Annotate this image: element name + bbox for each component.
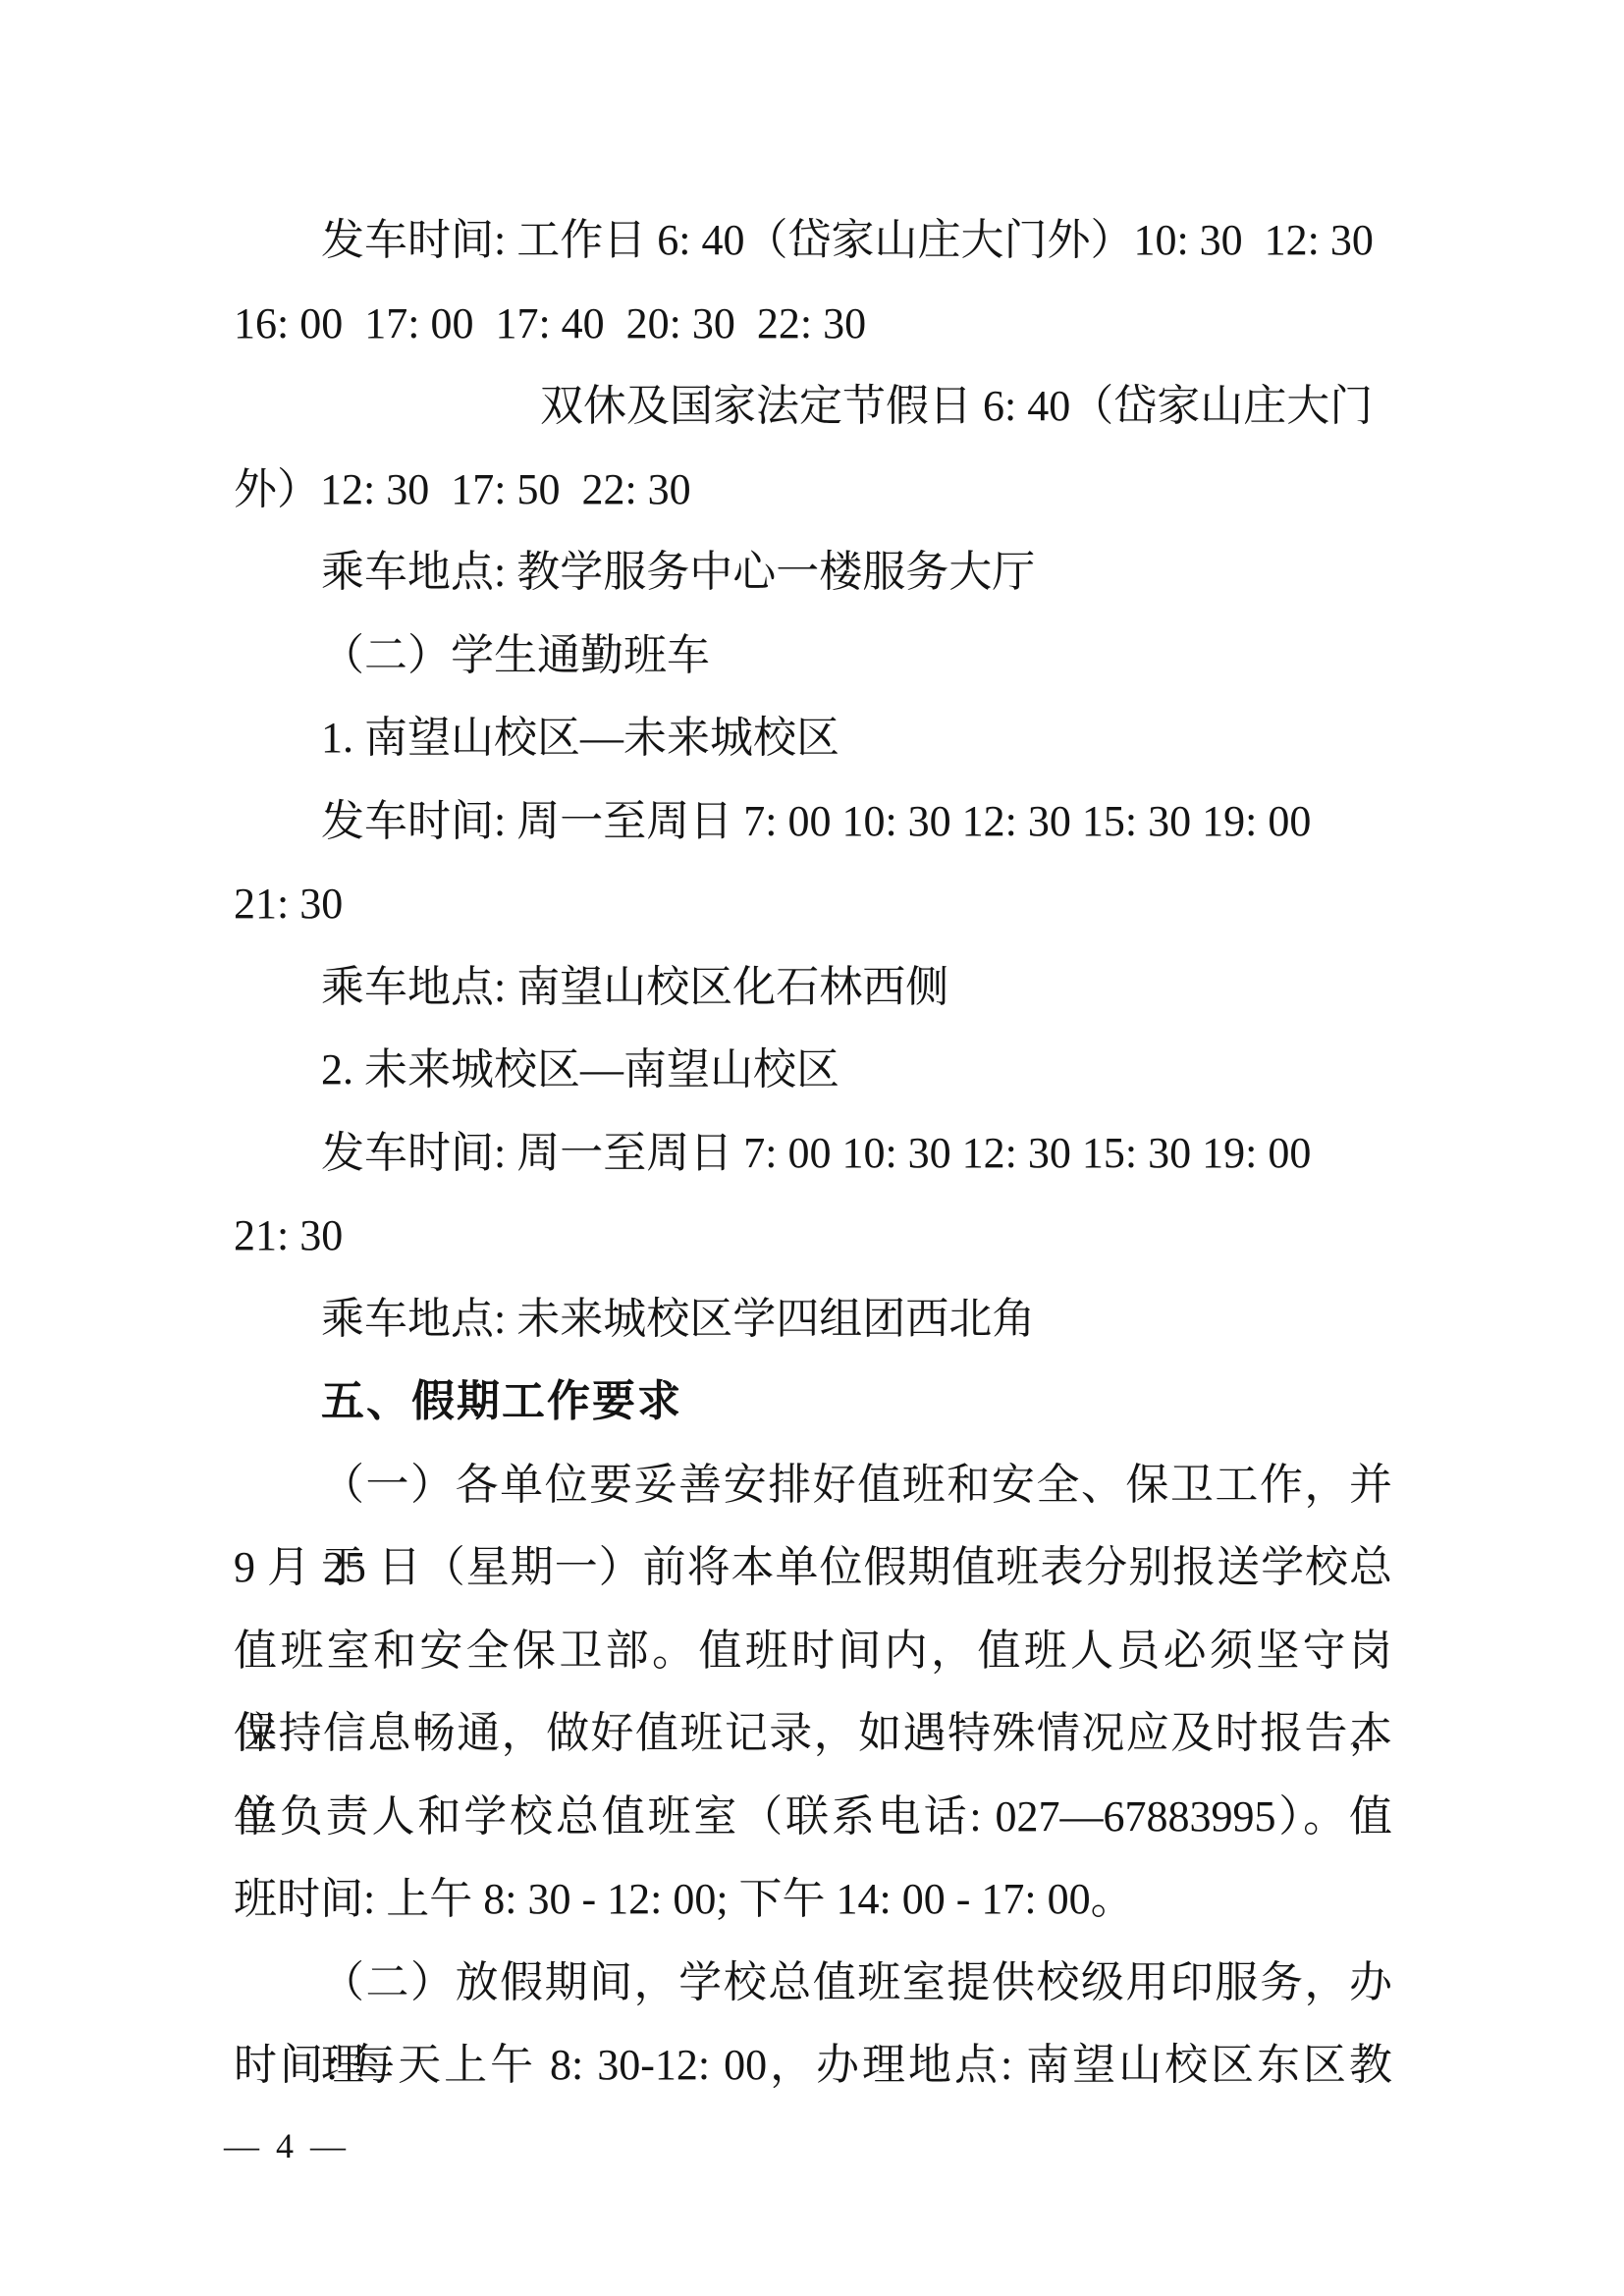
document-line: （一）各单位要妥善安排好值班和安全、保卫工作，并于: [234, 1444, 1392, 1527]
document-line: 2. 未来城校区—南望山校区: [234, 1029, 1392, 1112]
document-line: 发车时间: 工作日 6: 40（岱家山庄大门外）10: 30 12: 30: [234, 199, 1392, 283]
document-line: 乘车地点: 教学服务中心一楼服务大厅: [234, 531, 1392, 614]
document-line: 保持信息畅通，做好值班记录，如遇特殊情况应及时报告本单: [234, 1692, 1392, 1776]
document-line: （二）学生通勤班车: [234, 614, 1392, 698]
document-line: 21: 30: [234, 1195, 1392, 1278]
document-body: 发车时间: 工作日 6: 40（岱家山庄大门外）10: 30 12: 3016:…: [234, 199, 1392, 2108]
document-line: 1. 南望山校区—未来城校区: [234, 697, 1392, 780]
document-line: 值班室和安全保卫部。值班时间内，值班人员必须坚守岗位，: [234, 1610, 1392, 1693]
document-line: 位负责人和学校总值班室（联系电话: 027—67883995）。值: [234, 1776, 1392, 1859]
document-line: 时间: 每天上午 8: 30-12: 00，办理地点: 南望山校区东区教: [234, 2024, 1392, 2108]
document-line: 班时间: 上午 8: 30 - 12: 00; 下午 14: 00 - 17: …: [234, 1858, 1392, 1942]
document-line: 发车时间: 周一至周日 7: 00 10: 30 12: 30 15: 30 1…: [234, 1112, 1392, 1196]
document-line: 9 月 25 日（星期一）前将本单位假期值班表分别报送学校总: [234, 1526, 1392, 1610]
document-page: 发车时间: 工作日 6: 40（岱家山庄大门外）10: 30 12: 3016:…: [0, 0, 1624, 2296]
document-line: 双休及国家法定节假日 6: 40（岱家山庄大门: [234, 365, 1392, 449]
page-number: — 4 —: [224, 2116, 350, 2175]
document-line: 21: 30: [234, 863, 1392, 946]
section-heading: 五、假期工作要求: [234, 1361, 1392, 1444]
document-line: 乘车地点: 未来城校区学四组团西北角: [234, 1278, 1392, 1362]
document-line: 乘车地点: 南望山校区化石林西侧: [234, 946, 1392, 1030]
document-line: （二）放假期间，学校总值班室提供校级用印服务，办理: [234, 1942, 1392, 2025]
document-line: 发车时间: 周一至周日 7: 00 10: 30 12: 30 15: 30 1…: [234, 780, 1392, 864]
document-line: 外）12: 30 17: 50 22: 30: [234, 449, 1392, 532]
document-line: 16: 00 17: 00 17: 40 20: 30 22: 30: [234, 283, 1392, 366]
